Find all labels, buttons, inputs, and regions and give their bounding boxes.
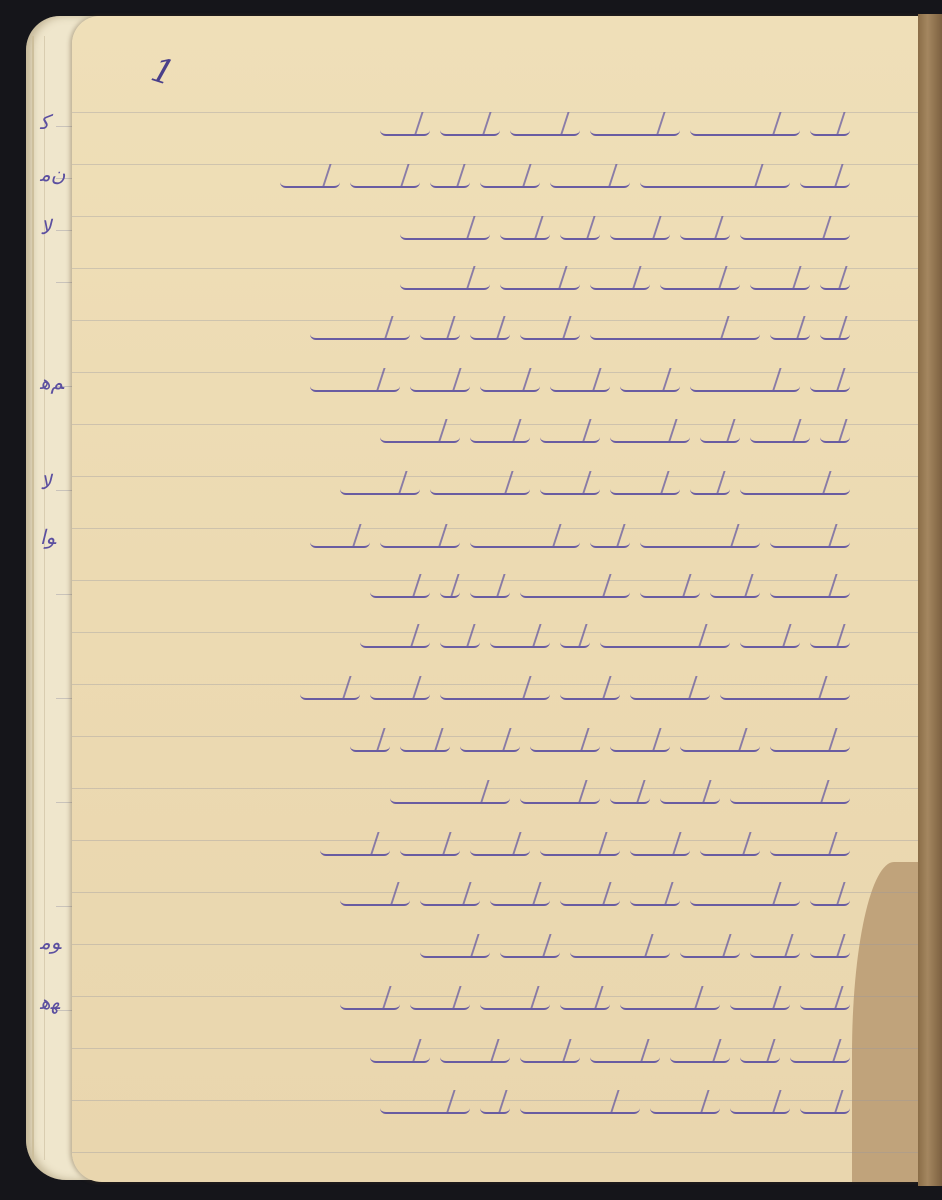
- handwritten-word: [410, 1002, 470, 1010]
- handwritten-word: [530, 744, 600, 752]
- handwritten-word: [380, 128, 430, 136]
- handwritten-line: [100, 564, 850, 598]
- handwritten-word: [630, 692, 710, 700]
- handwritten-word: [550, 384, 610, 392]
- handwritten-word: [320, 848, 390, 856]
- handwritten-word: [520, 590, 630, 598]
- handwritten-word: [520, 796, 600, 804]
- handwritten-word: [600, 640, 730, 648]
- handwritten-word: [430, 487, 530, 495]
- handwritten-line: [105, 514, 850, 548]
- handwritten-word: [610, 744, 670, 752]
- handwritten-word: [400, 232, 490, 240]
- handwritten-word: [810, 640, 850, 648]
- handwritten-line: [100, 976, 850, 1010]
- handwritten-line: [100, 206, 850, 240]
- handwritten-word: [480, 180, 540, 188]
- handwritten-word: [400, 848, 460, 856]
- handwritten-line: [105, 872, 850, 906]
- handwritten-word: [500, 232, 550, 240]
- handwritten-word: [340, 487, 420, 495]
- handwritten-word: [810, 950, 850, 958]
- handwritten-word: [700, 435, 740, 443]
- handwritten-word: [700, 848, 760, 856]
- handwritten-word: [680, 744, 760, 752]
- handwritten-word: [590, 128, 680, 136]
- handwritten-word: [730, 1002, 790, 1010]
- handwritten-word: [550, 180, 630, 188]
- handwritten-word: [440, 128, 500, 136]
- handwritten-word: [560, 1002, 610, 1010]
- handwritten-line: [105, 358, 850, 392]
- handwritten-word: [790, 1055, 850, 1063]
- handwritten-word: [640, 590, 700, 598]
- handwritten-line: [100, 666, 850, 700]
- handwritten-word: [310, 332, 410, 340]
- handwritten-word: [420, 898, 480, 906]
- handwritten-word: [300, 692, 360, 700]
- handwritten-word: [660, 796, 720, 804]
- handwritten-word: [820, 435, 850, 443]
- handwritten-word: [690, 384, 800, 392]
- handwritten-word: [480, 384, 540, 392]
- handwritten-word: [750, 950, 800, 958]
- handwritten-line: [105, 770, 850, 804]
- handwritten-word: [510, 128, 580, 136]
- handwritten-word: [630, 898, 680, 906]
- handwritten-word: [610, 796, 650, 804]
- handwritten-word: [640, 180, 790, 188]
- handwritten-word: [590, 1055, 660, 1063]
- handwritten-word: [560, 898, 620, 906]
- handwritten-word: [810, 898, 850, 906]
- paper-damage-stain: [852, 862, 922, 1182]
- handwritten-word: [370, 590, 430, 598]
- handwritten-word: [740, 232, 850, 240]
- handwritten-word: [630, 848, 690, 856]
- handwritten-word: [590, 282, 650, 290]
- handwritten-word: [340, 1002, 400, 1010]
- handwritten-word: [470, 435, 530, 443]
- handwritten-word: [370, 1055, 430, 1063]
- handwritten-word: [440, 590, 460, 598]
- handwritten-word: [460, 744, 520, 752]
- handwritten-word: [380, 1106, 470, 1114]
- handwritten-word: [770, 332, 810, 340]
- handwritten-word: [800, 1002, 850, 1010]
- handwritten-word: [350, 744, 390, 752]
- handwritten-word: [400, 744, 450, 752]
- margin-handwriting-fragment: ﻛ: [40, 110, 50, 134]
- handwritten-word: [620, 384, 680, 392]
- handwritten-word: [470, 540, 580, 548]
- handwritten-word: [680, 950, 740, 958]
- handwritten-word: [710, 590, 760, 598]
- handwritten-word: [540, 848, 620, 856]
- handwritten-word: [470, 590, 510, 598]
- handwritten-word: [440, 1055, 510, 1063]
- handwritten-word: [520, 1055, 580, 1063]
- handwritten-word: [480, 1002, 550, 1010]
- handwritten-word: [690, 128, 800, 136]
- handwritten-word: [800, 180, 850, 188]
- margin-handwriting-fragment: ﻥﻣ: [40, 162, 65, 186]
- handwritten-line: [100, 1029, 850, 1063]
- handwritten-word: [470, 332, 510, 340]
- handwritten-word: [650, 1106, 720, 1114]
- handwritten-word: [590, 332, 760, 340]
- handwritten-word: [310, 540, 370, 548]
- handwritten-line: [105, 461, 850, 495]
- handwritten-word: [280, 180, 340, 188]
- notebook-spine: [918, 14, 942, 1186]
- handwritten-word: [560, 692, 620, 700]
- handwritten-page: 1 Hebrew cursive (handwritten, not trans…: [72, 16, 922, 1182]
- handwritten-word: [540, 487, 600, 495]
- handwritten-word: [750, 282, 810, 290]
- handwritten-line: [130, 1080, 850, 1114]
- handwritten-word: [490, 640, 550, 648]
- page-number-mark: 1: [146, 50, 179, 95]
- handwritten-word: [440, 692, 550, 700]
- handwritten-word: [420, 950, 490, 958]
- handwritten-word: [640, 540, 760, 548]
- handwritten-line: [105, 822, 850, 856]
- handwritten-word: [380, 540, 460, 548]
- handwritten-line: [110, 409, 850, 443]
- handwritten-word: [610, 232, 670, 240]
- handwritten-word: [750, 435, 810, 443]
- handwritten-word: [690, 487, 730, 495]
- handwritten-word: [740, 640, 800, 648]
- handwritten-word: [730, 1106, 790, 1114]
- handwritten-word: [420, 332, 460, 340]
- handwritten-word: [560, 232, 600, 240]
- handwritten-word: [390, 796, 510, 804]
- handwritten-word: [380, 435, 460, 443]
- handwritten-word: [340, 898, 410, 906]
- handwritten-word: [560, 640, 590, 648]
- handwritten-line: [110, 718, 850, 752]
- handwritten-word: [590, 540, 630, 548]
- handwritten-word: [740, 1055, 780, 1063]
- handwritten-word: [370, 692, 430, 700]
- handwritten-word: [500, 950, 560, 958]
- handwritten-word: [820, 282, 850, 290]
- handwritten-word: [410, 384, 470, 392]
- margin-handwriting-fragment: ﻬﻫ: [40, 990, 60, 1014]
- handwritten-word: [730, 796, 850, 804]
- handwritten-word: [770, 848, 850, 856]
- handwritten-word: [470, 848, 530, 856]
- handwritten-word: [770, 540, 850, 548]
- margin-handwriting-fragment: ﻮﺍ: [40, 525, 56, 549]
- handwritten-word: [680, 232, 730, 240]
- handwritten-word: [610, 435, 690, 443]
- margin-handwriting-fragment: ﻟﺎ: [40, 470, 51, 494]
- handwritten-word: [400, 282, 490, 290]
- handwritten-word: [310, 384, 400, 392]
- handwritten-word: [810, 384, 850, 392]
- handwritten-word: [800, 1106, 850, 1114]
- handwritten-word: [610, 487, 680, 495]
- handwritten-word: [480, 1106, 510, 1114]
- handwritten-word: [350, 180, 420, 188]
- handwritten-word: [490, 898, 550, 906]
- handwritten-word: [520, 332, 580, 340]
- handwritten-word: [820, 332, 850, 340]
- handwritten-word: [360, 640, 430, 648]
- handwritten-word: [540, 435, 600, 443]
- handwritten-line: [100, 306, 850, 340]
- handwritten-word: [770, 590, 850, 598]
- margin-handwriting-fragment: ﻢﻫ: [40, 370, 64, 394]
- handwritten-line: [110, 154, 850, 188]
- handwritten-word: [720, 692, 850, 700]
- handwritten-word: [430, 180, 470, 188]
- handwritten-word: [620, 1002, 720, 1010]
- ruled-line: [72, 1152, 922, 1153]
- handwritten-word: [570, 950, 670, 958]
- handwritten-line: [120, 102, 850, 136]
- handwritten-line: [100, 614, 850, 648]
- handwritten-line: [100, 924, 850, 958]
- handwritten-word: [660, 282, 740, 290]
- handwritten-line: [115, 256, 850, 290]
- handwritten-word: [740, 487, 850, 495]
- handwritten-word: [770, 744, 850, 752]
- handwritten-word: [670, 1055, 730, 1063]
- handwritten-word: [690, 898, 800, 906]
- margin-handwriting-fragment: ﻟﺎ: [40, 215, 51, 239]
- handwritten-word: [440, 640, 480, 648]
- handwritten-word: [520, 1106, 640, 1114]
- margin-handwriting-fragment: ﻮﻣ: [40, 930, 61, 954]
- handwritten-word: [810, 128, 850, 136]
- handwritten-word: [500, 282, 580, 290]
